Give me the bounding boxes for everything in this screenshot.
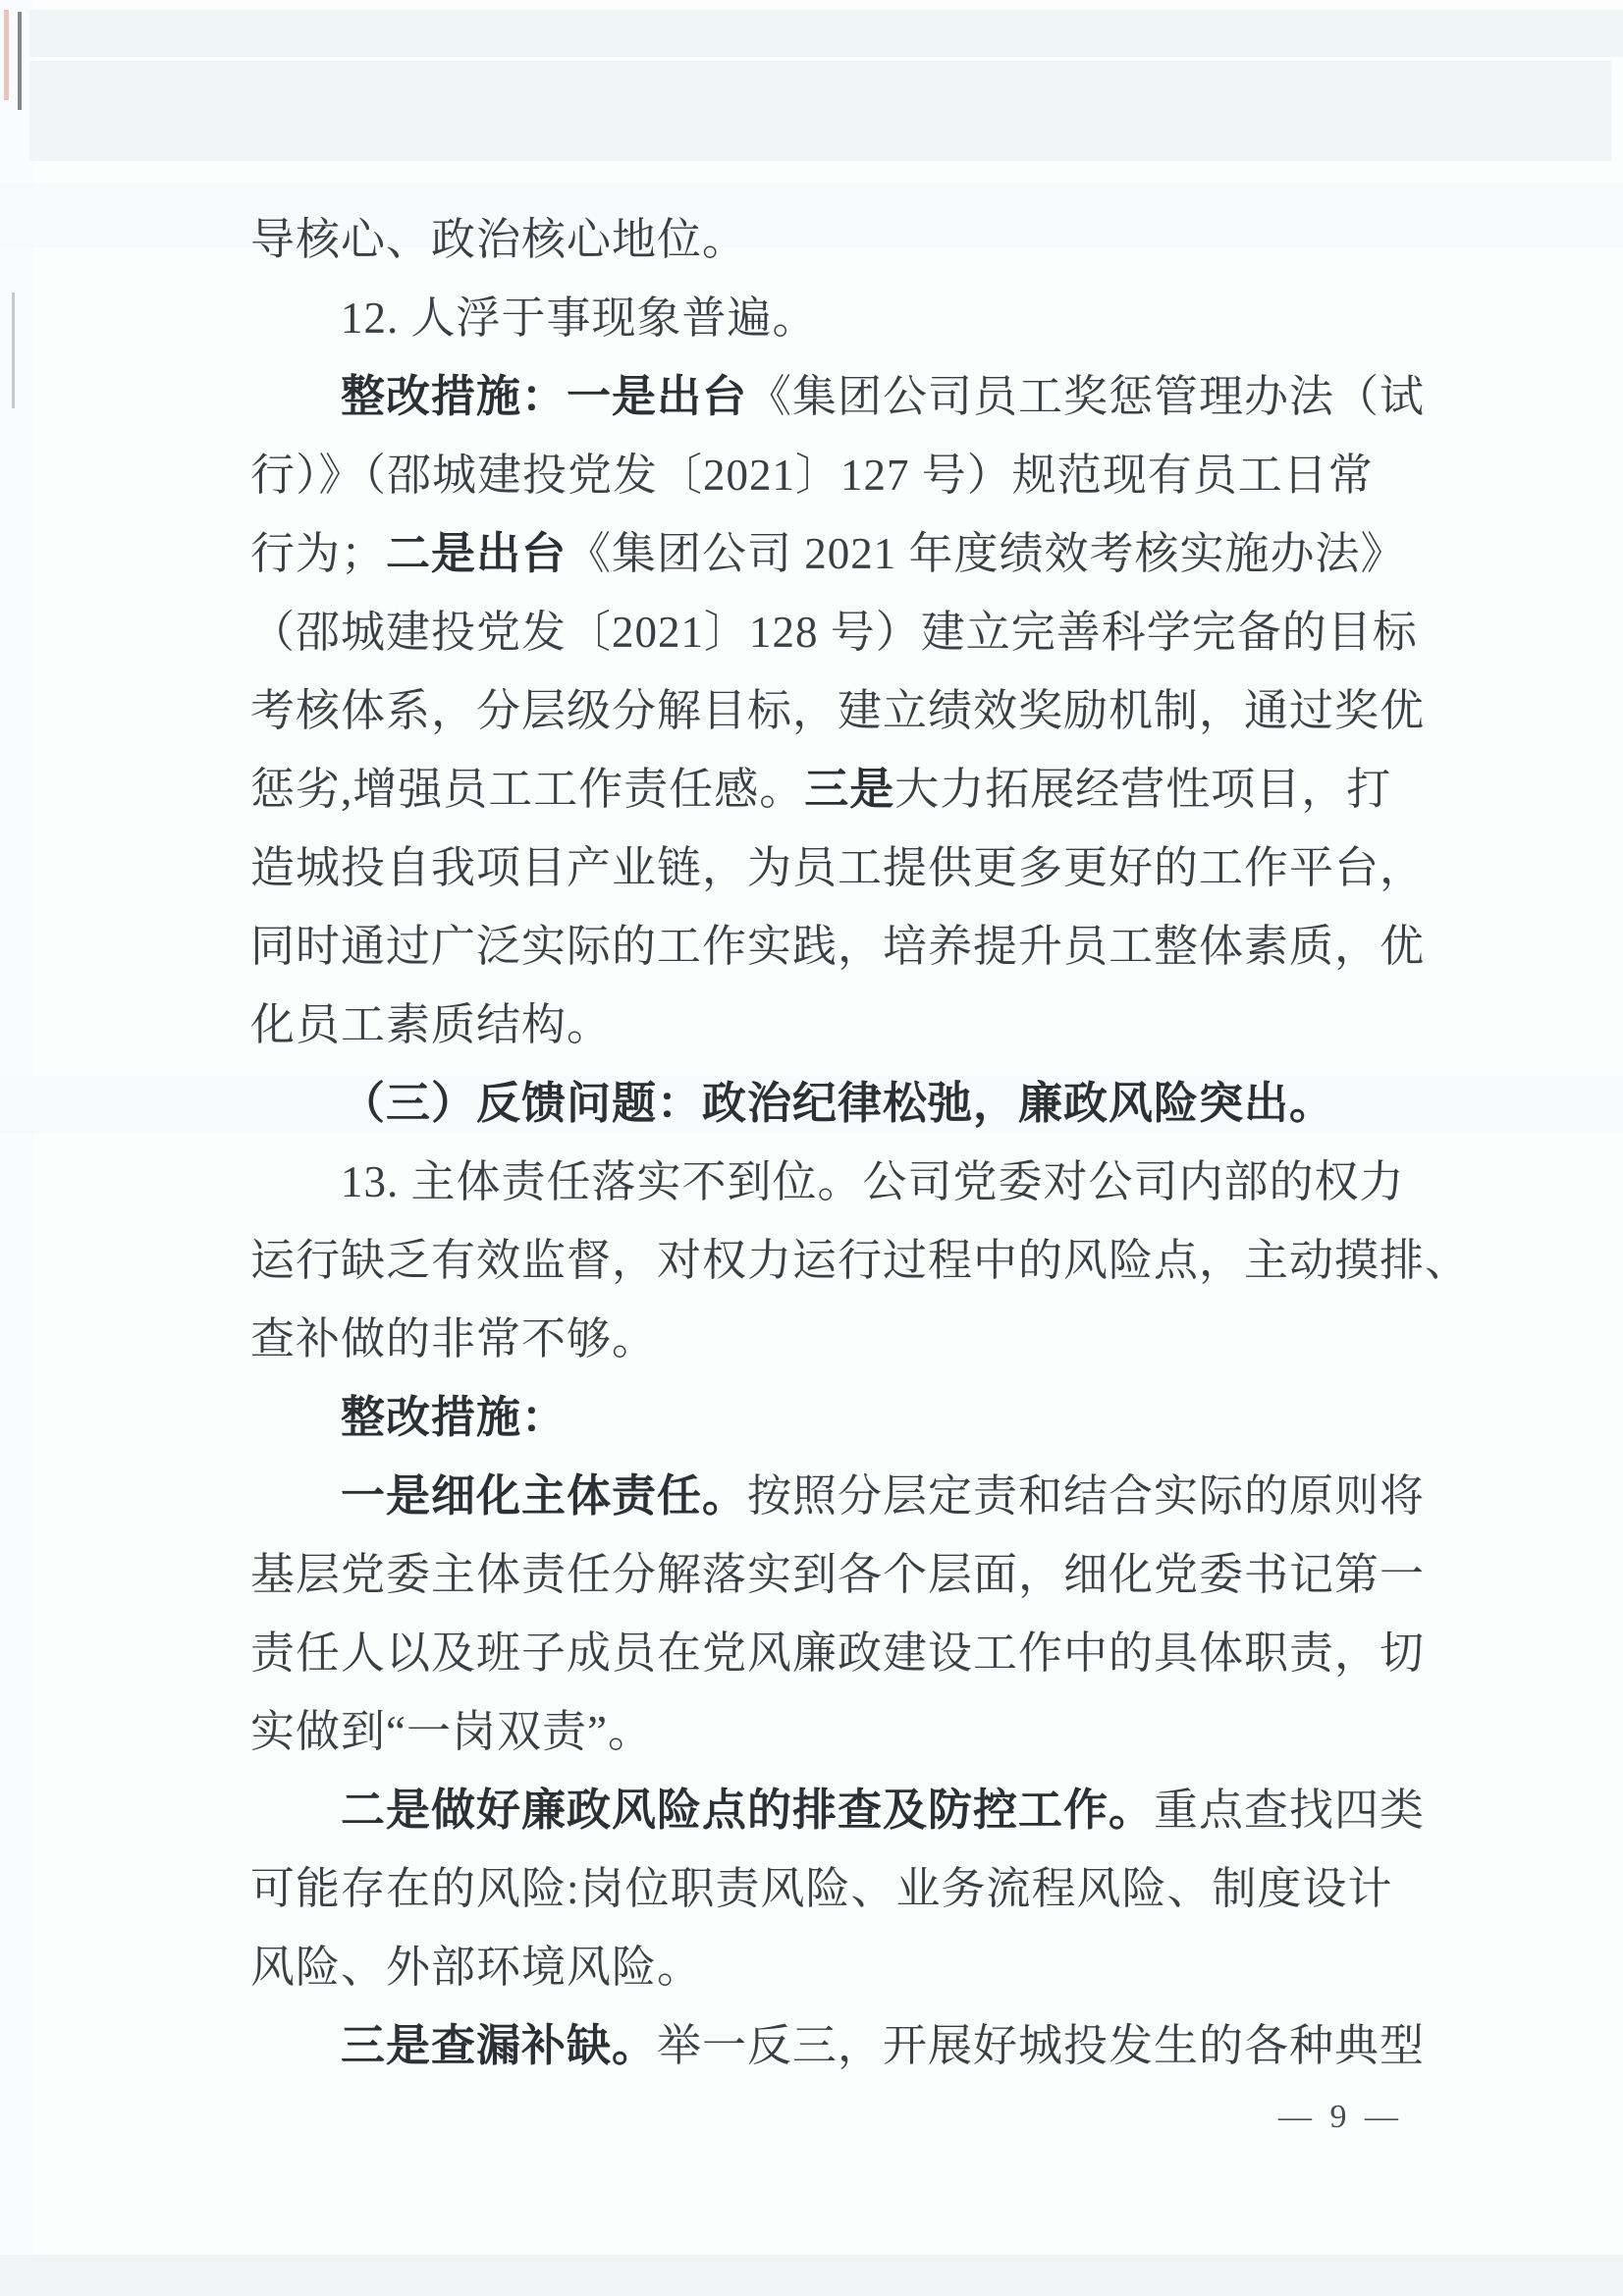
text-segment: 化员工素质结构。	[250, 1000, 612, 1049]
text-line: 12. 人浮于事现象普遍。	[250, 279, 1468, 357]
text-line: 导核心、政治核心地位。	[250, 200, 1468, 279]
text-line: 13. 主体责任落实不到位。公司党委对公司内部的权力	[250, 1143, 1468, 1221]
bold-text-segment: 三是	[804, 765, 894, 814]
text-line: 化员工素质结构。	[250, 986, 1468, 1064]
text-line: 行）》（邵城建投党发〔2021〕127 号）规范现有员工日常	[250, 436, 1468, 514]
document-page: 导核心、政治核心地位。12. 人浮于事现象普遍。整改措施：一是出台《集团公司员工…	[0, 0, 1623, 2296]
text-segment: 惩劣,增强员工工作责任感。	[250, 765, 804, 814]
bold-text-segment: 整改措施：	[341, 1393, 567, 1442]
text-line: 同时通过广泛实际的工作实践，培养提升员工整体素质，优	[250, 907, 1468, 986]
text-segment: 风险、外部环境风险。	[250, 1943, 702, 1992]
page-number: — 9 —	[1278, 2099, 1403, 2136]
text-segment: 基层党委主体责任分解落实到各个层面，细化党委书记第一	[250, 1550, 1425, 1599]
bold-text-segment: 二是出台	[386, 529, 567, 578]
text-segment: 可能存在的风险:岗位职责风险、业务流程风险、制度设计	[250, 1864, 1393, 1913]
text-line: 基层党委主体责任分解落实到各个层面，细化党委书记第一	[250, 1535, 1468, 1614]
text-segment: 《集团公司员工奖惩管理办法（试	[747, 372, 1425, 421]
document-body: 导核心、政治核心地位。12. 人浮于事现象普遍。整改措施：一是出台《集团公司员工…	[250, 200, 1468, 2085]
bold-text-segment: 二是做好廉政风险点的排查及防控工作。	[341, 1786, 1154, 1835]
text-line: 风险、外部环境风险。	[250, 1928, 1468, 2006]
bold-text-segment: 三是查漏补缺。	[341, 2021, 657, 2070]
text-segment: 考核体系，分层级分解目标，建立绩效奖励机制，通过奖优	[250, 686, 1425, 735]
text-segment: 《集团公司 2021 年度绩效考核实施办法》	[567, 529, 1406, 578]
text-segment: 实做到“一岗双责”。	[250, 1707, 653, 1756]
text-segment: 造城投自我项目产业链，为员工提供更多更好的工作平台，	[250, 843, 1425, 892]
scan-artifact-band	[0, 0, 33, 2296]
text-segment: 查补做的非常不够。	[250, 1314, 657, 1363]
scan-artifact-band	[29, 61, 1611, 161]
text-segment: 同时通过广泛实际的工作实践，培养提升员工整体素质，优	[250, 922, 1425, 971]
text-segment: 按照分层定责和结合实际的原则将	[747, 1471, 1425, 1521]
text-line: 运行缺乏有效监督，对权力运行过程中的风险点，主动摸排、	[250, 1221, 1468, 1300]
text-line: 实做到“一岗双责”。	[250, 1692, 1468, 1771]
text-line: 二是做好廉政风险点的排查及防控工作。重点查找四类	[250, 1771, 1468, 1849]
text-line: 查补做的非常不够。	[250, 1300, 1468, 1378]
bold-text-segment: 整改措施：一是出台	[341, 372, 747, 421]
scan-edge-mark	[4, 10, 9, 100]
text-segment: 责任人以及班子成员在党风廉政建设工作中的具体职责，切	[250, 1629, 1425, 1678]
text-segment: 13. 主体责任落实不到位。公司党委对公司内部的权力	[341, 1157, 1405, 1206]
bold-text-segment: （三）反馈问题：政治纪律松弛，廉政风险突出。	[341, 1079, 1334, 1128]
scan-artifact-band	[0, 2255, 1623, 2296]
text-segment: 大力拓展经营性项目，打	[894, 765, 1391, 814]
text-line: （邵城建投党发〔2021〕128 号）建立完善科学完备的目标	[250, 593, 1468, 671]
scan-edge-mark	[18, 12, 22, 110]
text-line: 整改措施：一是出台《集团公司员工奖惩管理办法（试	[250, 357, 1468, 436]
bold-text-segment: 一是细化主体责任。	[341, 1471, 747, 1521]
text-line: 责任人以及班子成员在党风廉政建设工作中的具体职责，切	[250, 1614, 1468, 1692]
scan-edge-mark	[12, 293, 15, 408]
text-segment: 重点查找四类	[1154, 1786, 1425, 1835]
text-segment: （邵城建投党发〔2021〕128 号）建立完善科学完备的目标	[250, 608, 1418, 657]
text-line: 三是查漏补缺。举一反三，开展好城投发生的各种典型	[250, 2006, 1468, 2085]
text-segment: 举一反三，开展好城投发生的各种典型	[657, 2021, 1425, 2070]
text-line: 整改措施：	[250, 1378, 1468, 1457]
text-segment: 运行缺乏有效监督，对权力运行过程中的风险点，主动摸排、	[250, 1236, 1470, 1285]
text-line: 可能存在的风险:岗位职责风险、业务流程风险、制度设计	[250, 1849, 1468, 1928]
text-line: 行为；二是出台《集团公司 2021 年度绩效考核实施办法》	[250, 514, 1468, 593]
scan-artifact-band	[29, 10, 1623, 57]
text-line: 惩劣,增强员工工作责任感。三是大力拓展经营性项目，打	[250, 750, 1468, 828]
text-segment: 行为；	[250, 529, 386, 578]
text-line: 一是细化主体责任。按照分层定责和结合实际的原则将	[250, 1457, 1468, 1535]
text-segment: 12. 人浮于事现象普遍。	[341, 294, 818, 343]
text-segment: 导核心、政治核心地位。	[250, 215, 747, 264]
text-line: 考核体系，分层级分解目标，建立绩效奖励机制，通过奖优	[250, 671, 1468, 750]
text-line: 造城投自我项目产业链，为员工提供更多更好的工作平台，	[250, 828, 1468, 907]
text-line: （三）反馈问题：政治纪律松弛，廉政风险突出。	[250, 1064, 1468, 1143]
text-segment: 行）》（邵城建投党发〔2021〕127 号）规范现有员工日常	[250, 451, 1374, 500]
